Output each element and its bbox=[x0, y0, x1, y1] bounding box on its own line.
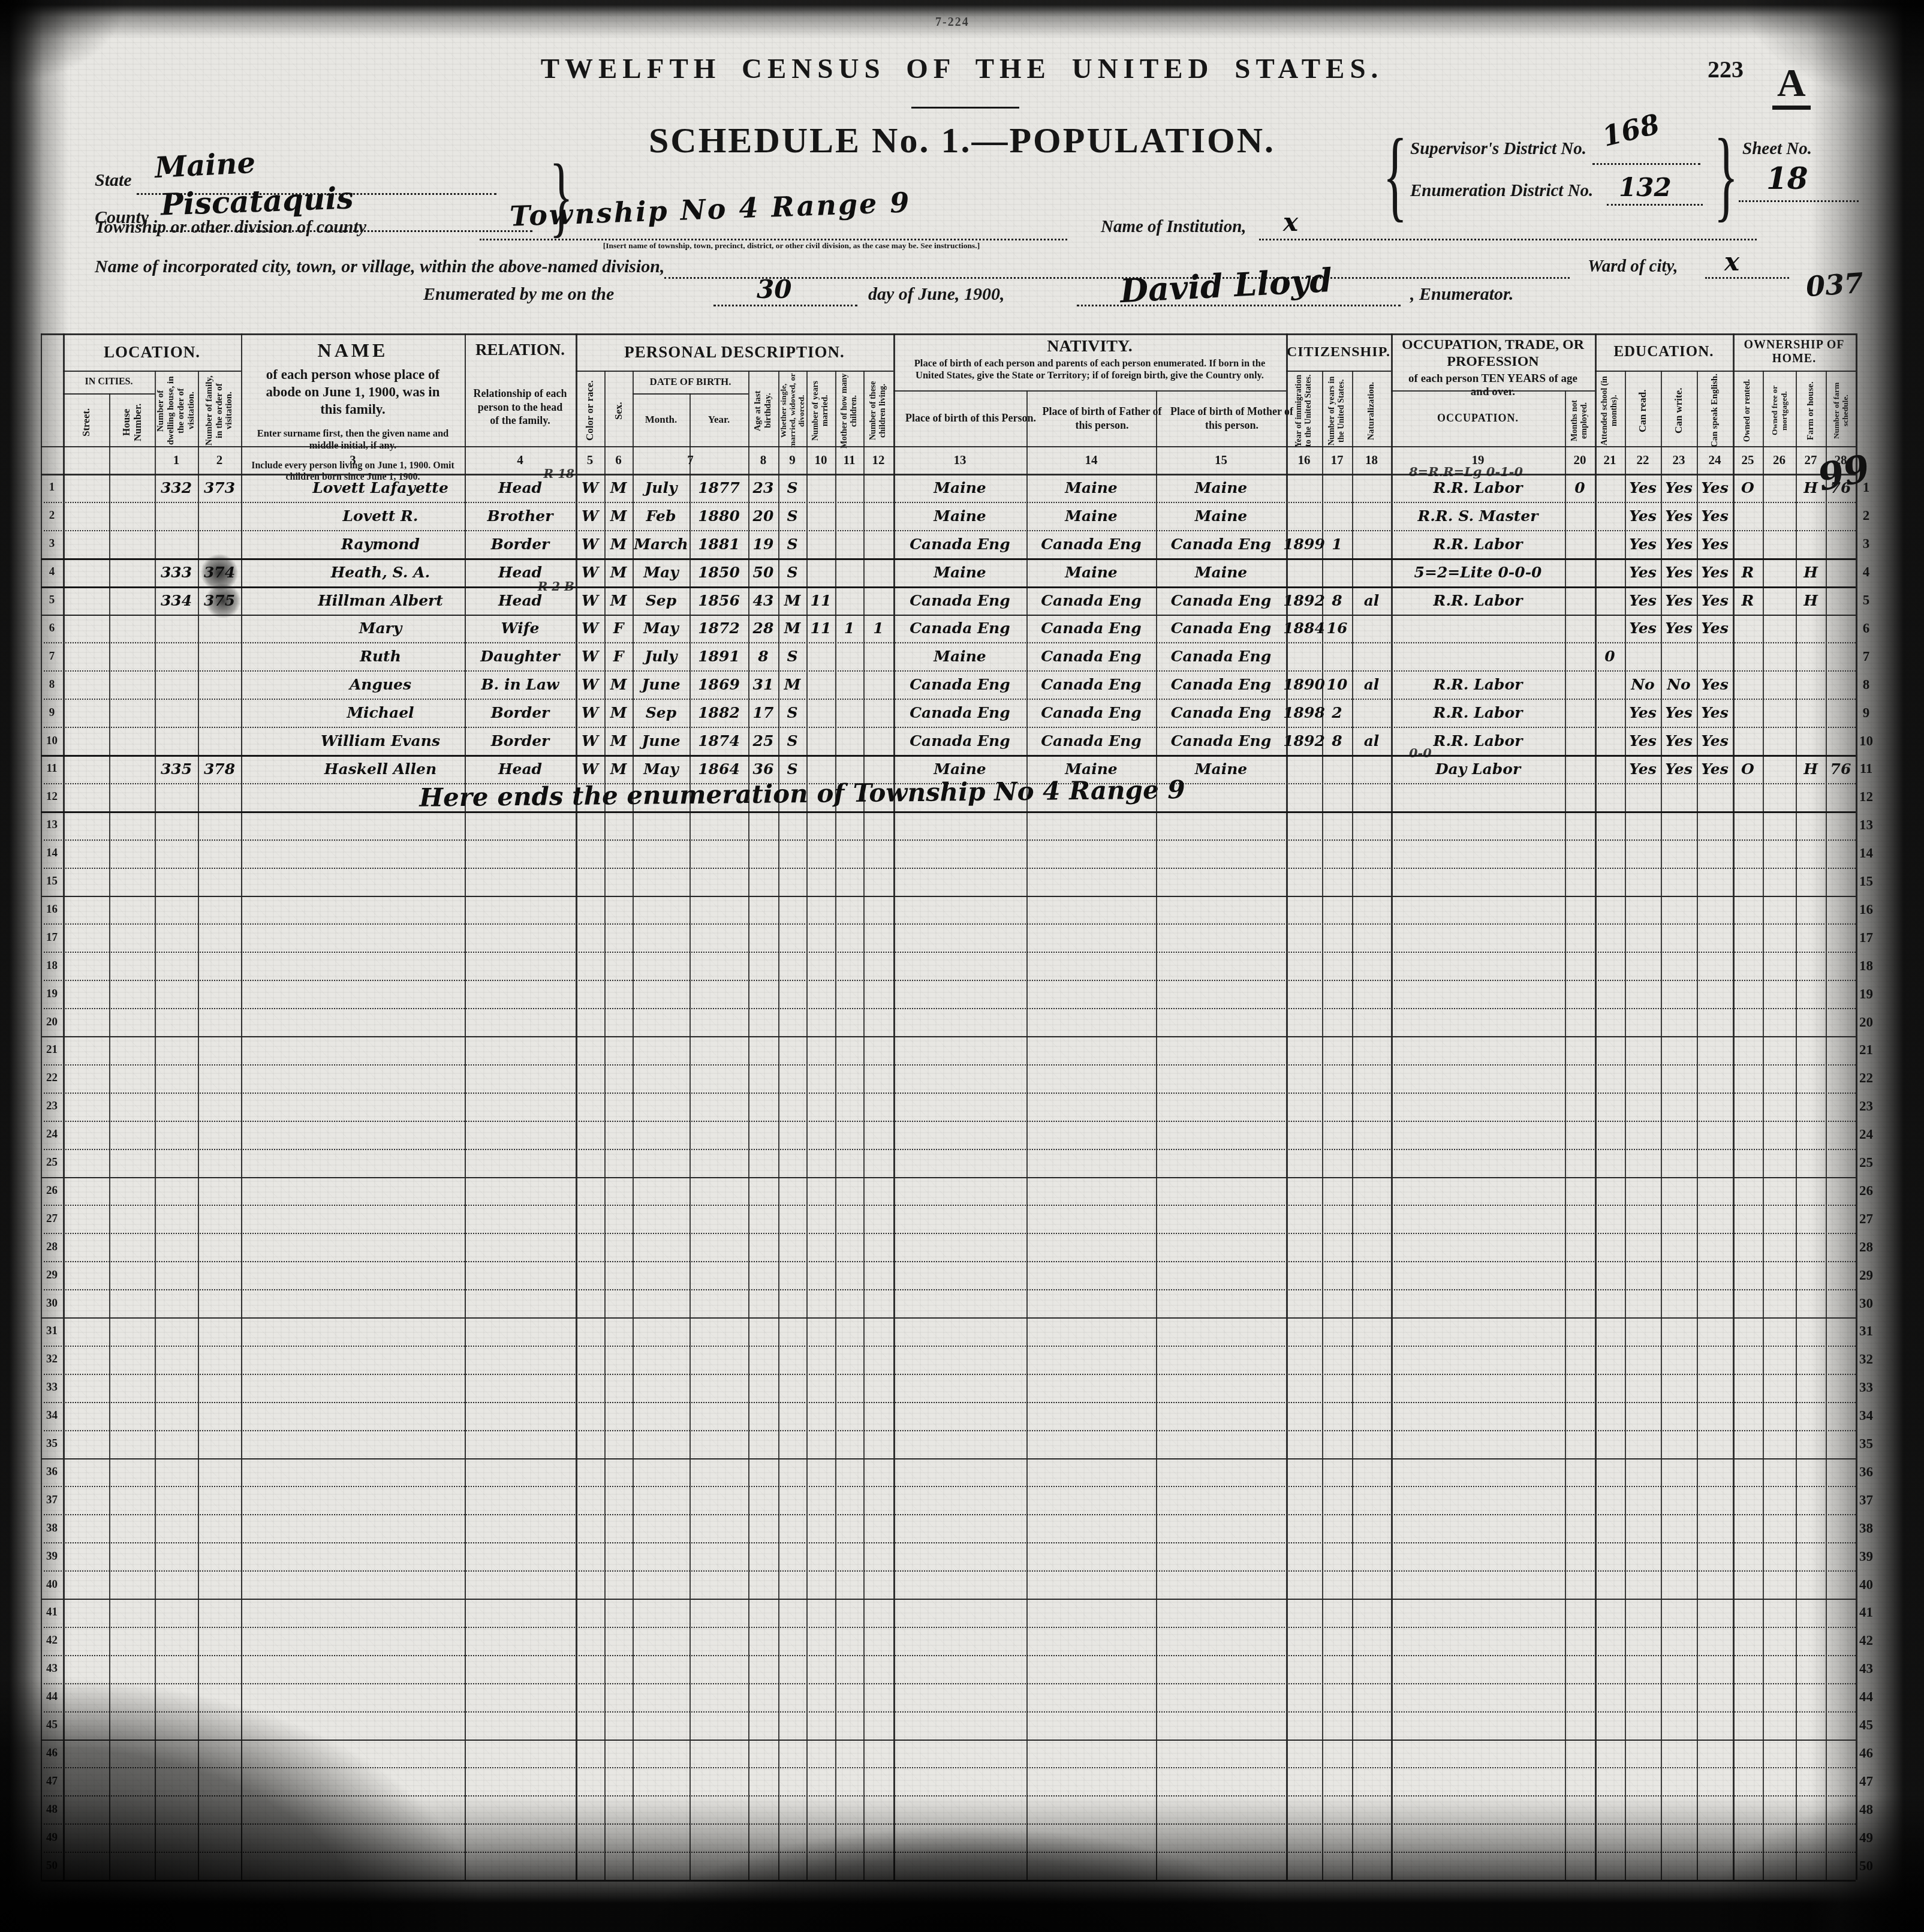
table-row-line bbox=[41, 1627, 1856, 1628]
col-number-24: 24 bbox=[1697, 446, 1733, 474]
row-2-name: Lovett R. bbox=[241, 502, 492, 530]
col-number-3: 3 bbox=[241, 446, 465, 474]
row-1-name: Lovett Lafayette bbox=[241, 474, 492, 502]
table-row-line bbox=[41, 1542, 1856, 1543]
row-6-en: Yes bbox=[1697, 615, 1733, 643]
col-english: Can speak English. bbox=[1697, 371, 1733, 451]
col-number-7: 7 bbox=[633, 446, 748, 474]
row-1-fam: 373 bbox=[198, 474, 241, 502]
enumerated-label-2: day of June, 1900, bbox=[868, 284, 1005, 305]
row-5-en: Yes bbox=[1697, 586, 1733, 615]
row-4-wr: Yes bbox=[1661, 558, 1697, 586]
row-1-rd: Yes bbox=[1625, 474, 1661, 502]
table-vline bbox=[1286, 333, 1288, 1880]
row-11-rd: Yes bbox=[1625, 755, 1661, 783]
col-occupation: OCCUPATION. bbox=[1391, 390, 1565, 446]
row-number-right: 35 bbox=[1856, 1430, 1877, 1458]
row-number-right: 20 bbox=[1856, 1008, 1877, 1036]
row-number-right: 37 bbox=[1856, 1486, 1877, 1514]
row-number-left: 27 bbox=[41, 1205, 63, 1233]
enumerator-value: David Lloyd bbox=[1119, 261, 1333, 310]
col-months-not-employed: Months not employed. bbox=[1565, 390, 1595, 451]
row-10-color: W bbox=[576, 727, 604, 755]
table-row-line bbox=[41, 1852, 1856, 1853]
row-10-rd: Yes bbox=[1625, 727, 1661, 755]
row-number-right: 30 bbox=[1856, 1289, 1877, 1317]
row-11-fh: H bbox=[1796, 755, 1826, 783]
row-4-name: Heath, S. A. bbox=[241, 558, 492, 586]
table-row-line bbox=[41, 1711, 1856, 1713]
row-10-nat: al bbox=[1352, 727, 1391, 755]
row-8-en: Yes bbox=[1697, 670, 1733, 699]
row-6-color: W bbox=[576, 615, 604, 643]
row-number-right: 6 bbox=[1856, 615, 1877, 643]
table-row-line bbox=[41, 1430, 1856, 1431]
row-8-pbm: Canada Eng bbox=[1156, 670, 1286, 699]
row-9-pbf: Canada Eng bbox=[1026, 699, 1156, 727]
row-6-pbm: Canada Eng bbox=[1156, 615, 1286, 643]
row-number-left: 7 bbox=[41, 642, 63, 670]
row-8-nat: al bbox=[1352, 670, 1391, 699]
row-number-right: 38 bbox=[1856, 1514, 1877, 1542]
row-number-right: 4 bbox=[1856, 558, 1877, 586]
page-number: 223 bbox=[1708, 55, 1744, 83]
sheet-label: Sheet No. bbox=[1742, 139, 1812, 159]
row-number-left: 4 bbox=[41, 558, 63, 586]
row-4-occ: 5=2=Lite 0-0-0 bbox=[1391, 558, 1565, 586]
row-number-left: 28 bbox=[41, 1233, 63, 1261]
row-9-mar: S bbox=[778, 699, 806, 727]
row-2-rel: Brother bbox=[465, 502, 576, 530]
row-10-name: William Evans bbox=[241, 727, 492, 755]
table-row-line bbox=[41, 811, 1856, 813]
table-row-line bbox=[41, 1740, 1856, 1741]
township-hint: [Insert name of township, town, precinct… bbox=[504, 241, 1079, 251]
row-8-rd: No bbox=[1625, 670, 1661, 699]
table-row-line bbox=[41, 1177, 1856, 1178]
table-vline bbox=[1763, 371, 1764, 1880]
row-5-pb: Canada Eng bbox=[893, 586, 1026, 615]
group-name: NAME of each person whose place of abode… bbox=[241, 333, 465, 452]
row-number-left: 21 bbox=[41, 1036, 63, 1064]
enumeration-label: Enumeration District No. bbox=[1410, 181, 1593, 201]
row-number-left: 47 bbox=[41, 1767, 63, 1795]
ward-line bbox=[1705, 277, 1789, 279]
row-5-rel-note: R 2 B bbox=[538, 579, 574, 594]
row-1-sex: M bbox=[604, 474, 633, 502]
col-number-8: 8 bbox=[748, 446, 778, 474]
col-free-mortgaged: Owned free or mortgaged. bbox=[1763, 371, 1796, 451]
group-education: EDUCATION. bbox=[1595, 333, 1733, 371]
institution-value: x bbox=[1283, 207, 1298, 237]
col-family: Number of family, in the order of visita… bbox=[198, 371, 241, 451]
row-9-rd: Yes bbox=[1625, 699, 1661, 727]
col-sex: Sex. bbox=[604, 371, 633, 451]
row-11-occ: Day Labor0-0 bbox=[1391, 755, 1565, 783]
row-number-left: 38 bbox=[41, 1514, 63, 1542]
row-10-pb: Canada Eng bbox=[893, 727, 1026, 755]
table-row-line bbox=[41, 980, 1856, 981]
table-hline bbox=[63, 393, 155, 395]
col-mother-children: Mother of how many children. bbox=[835, 371, 863, 451]
row-2-rd: Yes bbox=[1625, 502, 1661, 530]
col-school: Attended school (in months). bbox=[1595, 371, 1625, 451]
row-3-en: Yes bbox=[1697, 530, 1733, 558]
row-2-yr: 1880 bbox=[689, 502, 748, 530]
row-4-own: R bbox=[1733, 558, 1763, 586]
margin-note-right: 037 bbox=[1805, 267, 1865, 303]
group-location: LOCATION. bbox=[63, 333, 241, 371]
col-number-18: 18 bbox=[1352, 446, 1391, 474]
col-years-married: Number of years married. bbox=[806, 371, 835, 451]
row-2-occ: R.R. S. Master bbox=[1391, 502, 1565, 530]
col-street: Street. bbox=[63, 393, 109, 451]
occupation-title: OCCUPATION, TRADE, OR PROFESSION bbox=[1399, 337, 1587, 370]
row-3-im: 1899 bbox=[1286, 530, 1322, 558]
table-row-line bbox=[41, 1514, 1856, 1515]
row-2-sex: M bbox=[604, 502, 633, 530]
row-5-own: R bbox=[1733, 586, 1763, 615]
row-7-sch: 0 bbox=[1595, 642, 1625, 670]
col-number-15: 15 bbox=[1156, 446, 1286, 474]
row-number-right: 42 bbox=[1856, 1627, 1877, 1655]
row-number-left: 35 bbox=[41, 1430, 63, 1458]
row-1-pbm: Maine bbox=[1156, 474, 1286, 502]
row-6-ym: 11 bbox=[806, 615, 835, 643]
col-immigration: Year of immigration to the United States… bbox=[1286, 371, 1322, 451]
row-1-yr: 1877 bbox=[689, 474, 748, 502]
row-10-yr: 1874 bbox=[689, 727, 748, 755]
row-4-dw: 333 bbox=[155, 558, 198, 586]
row-6-yus: 16 bbox=[1322, 615, 1352, 643]
row-11-name: Haskell Allen bbox=[241, 755, 492, 783]
row-number-right: 36 bbox=[1856, 1458, 1877, 1486]
row-5-yr: 1856 bbox=[689, 586, 748, 615]
enumeration-line bbox=[1607, 204, 1703, 206]
row-number-left: 46 bbox=[41, 1740, 63, 1768]
row-4-yr: 1850 bbox=[689, 558, 748, 586]
township-label: Township or other division of county bbox=[95, 217, 366, 237]
title-flourish bbox=[911, 107, 1019, 109]
row-7-mo: July bbox=[633, 642, 689, 670]
table-row-line bbox=[41, 1205, 1856, 1206]
row-number-right: 26 bbox=[1856, 1177, 1877, 1205]
table-row-line bbox=[41, 1008, 1856, 1009]
table-row-line bbox=[41, 1149, 1856, 1150]
row-9-occ: R.R. Labor bbox=[1391, 699, 1565, 727]
table-vline bbox=[109, 393, 110, 1880]
row-10-pbf: Canada Eng bbox=[1026, 727, 1156, 755]
row-number-right: 47 bbox=[1856, 1767, 1877, 1795]
table-row-line bbox=[41, 952, 1856, 953]
col-year: Year. bbox=[689, 393, 748, 446]
row-number-left: 30 bbox=[41, 1289, 63, 1317]
row-number-left: 1 bbox=[41, 474, 63, 502]
row-1-rel-note: R 18 bbox=[544, 467, 574, 481]
row-number-left: 42 bbox=[41, 1627, 63, 1655]
row-1-age: 23 bbox=[748, 474, 778, 502]
col-house-number: House Number. bbox=[109, 393, 155, 451]
row-11-yr: 1864 bbox=[689, 755, 748, 783]
row-5-ym: 11 bbox=[806, 586, 835, 615]
row-3-mar: S bbox=[778, 530, 806, 558]
row-number-right: 10 bbox=[1856, 727, 1877, 755]
table-row-line bbox=[41, 923, 1856, 925]
institution-line bbox=[1259, 239, 1757, 240]
row-5-age: 43 bbox=[748, 586, 778, 615]
table-row-line bbox=[41, 1767, 1856, 1768]
row-10-mo: June bbox=[633, 727, 689, 755]
row-number-right: 13 bbox=[1856, 811, 1877, 839]
row-4-pbf: Maine bbox=[1026, 558, 1156, 586]
row-11-sex: M bbox=[604, 755, 633, 783]
col-number-11: 11 bbox=[835, 446, 863, 474]
enumerator-label: , Enumerator. bbox=[1410, 284, 1514, 305]
row-number-left: 3 bbox=[41, 530, 63, 558]
row-number-left: 25 bbox=[41, 1149, 63, 1177]
row-4-color: W bbox=[576, 558, 604, 586]
table-row-line bbox=[41, 1599, 1856, 1600]
row-8-mar: M bbox=[778, 670, 806, 699]
row-10-im: 1892 bbox=[1286, 727, 1322, 755]
table-row-line bbox=[41, 1795, 1856, 1796]
row-3-pbf: Canada Eng bbox=[1026, 530, 1156, 558]
row-10-rel: Border bbox=[465, 727, 576, 755]
row-1-mar: S bbox=[778, 474, 806, 502]
row-number-left: 12 bbox=[41, 783, 63, 811]
row-11-own: O bbox=[1733, 755, 1763, 783]
row-7-mar: S bbox=[778, 642, 806, 670]
table-row-line bbox=[41, 1233, 1856, 1234]
row-number-right: 34 bbox=[1856, 1402, 1877, 1430]
row-6-pb: Canada Eng bbox=[893, 615, 1026, 643]
row-10-pbm: Canada Eng bbox=[1156, 727, 1286, 755]
row-number-left: 33 bbox=[41, 1374, 63, 1402]
row-4-mar: S bbox=[778, 558, 806, 586]
row-5-rd: Yes bbox=[1625, 586, 1661, 615]
row-number-right: 21 bbox=[1856, 1036, 1877, 1064]
table-vline bbox=[63, 333, 65, 1880]
row-7-pb: Maine bbox=[893, 642, 1026, 670]
table-hline bbox=[576, 371, 893, 372]
row-1-mo: July bbox=[633, 474, 689, 502]
col-number-25: 25 bbox=[1733, 446, 1763, 474]
row-7-pbm: Canada Eng bbox=[1156, 642, 1286, 670]
row-3-color: W bbox=[576, 530, 604, 558]
row-2-color: W bbox=[576, 502, 604, 530]
row-6-cl: 1 bbox=[863, 615, 893, 643]
group-relation: RELATION. Relationship of each person to… bbox=[465, 333, 576, 453]
col-pob-mother: Place of birth of Mother of this person. bbox=[1156, 390, 1308, 446]
col-number-9: 9 bbox=[778, 446, 806, 474]
col-naturalization: Naturalization. bbox=[1352, 371, 1391, 451]
row-number-right: 23 bbox=[1856, 1093, 1877, 1121]
row-number-right: 3 bbox=[1856, 530, 1877, 558]
state-value: Maine bbox=[154, 146, 257, 185]
row-5-dw: 334 bbox=[155, 586, 198, 615]
nativity-desc: Place of birth of each person and parent… bbox=[901, 357, 1278, 381]
row-1-own: O bbox=[1733, 474, 1763, 502]
row-number-right: 18 bbox=[1856, 952, 1877, 980]
table-row-line bbox=[41, 1289, 1856, 1290]
row-number-right: 29 bbox=[1856, 1261, 1877, 1289]
col-color: Color or race. bbox=[576, 371, 604, 451]
row-11-color: W bbox=[576, 755, 604, 783]
row-number-left: 41 bbox=[41, 1599, 63, 1627]
row-1-mne: 0 bbox=[1565, 474, 1595, 502]
row-number-right: 19 bbox=[1856, 980, 1877, 1008]
row-3-sex: M bbox=[604, 530, 633, 558]
row-number-right: 49 bbox=[1856, 1823, 1877, 1852]
row-3-occ: R.R. Labor bbox=[1391, 530, 1565, 558]
row-11-fs: 76 bbox=[1826, 755, 1856, 783]
row-11-dw: 335 bbox=[155, 755, 198, 783]
row-number-right: 43 bbox=[1856, 1655, 1877, 1683]
row-5-mar: M bbox=[778, 586, 806, 615]
col-number-6: 6 bbox=[604, 446, 633, 474]
row-11-mo: May bbox=[633, 755, 689, 783]
row-3-yr: 1881 bbox=[689, 530, 748, 558]
row-9-pb: Canada Eng bbox=[893, 699, 1026, 727]
col-years-us: Number of years in the United States. bbox=[1322, 371, 1352, 451]
row-11-wr: Yes bbox=[1661, 755, 1697, 783]
row-number-right: 48 bbox=[1856, 1795, 1877, 1823]
row-4-sex: M bbox=[604, 558, 633, 586]
row-6-yr: 1872 bbox=[689, 615, 748, 643]
row-number-left: 6 bbox=[41, 615, 63, 643]
row-6-name: Mary bbox=[241, 615, 492, 643]
census-table: LOCATION. NAME of each person whose plac… bbox=[41, 333, 1877, 1882]
row-number-left: 31 bbox=[41, 1317, 63, 1346]
row-7-rel: Daughter bbox=[465, 642, 576, 670]
col-pob-father: Place of birth of Father of this person. bbox=[1026, 390, 1178, 446]
row-6-mo: May bbox=[633, 615, 689, 643]
district-brace-open: { bbox=[1383, 124, 1407, 225]
row-3-yus: 1 bbox=[1322, 530, 1352, 558]
row-2-mo: Feb bbox=[633, 502, 689, 530]
row-11-fam: 378 bbox=[198, 755, 241, 783]
row-7-age: 8 bbox=[748, 642, 778, 670]
row-4-age: 50 bbox=[748, 558, 778, 586]
row-number-left: 49 bbox=[41, 1823, 63, 1852]
row-number-left: 45 bbox=[41, 1711, 63, 1740]
city-label: Name of incorporated city, town, or vill… bbox=[95, 257, 665, 277]
row-3-rel: Border bbox=[465, 530, 576, 558]
table-row-line bbox=[41, 1655, 1856, 1656]
row-2-mar: S bbox=[778, 502, 806, 530]
table-hline bbox=[63, 371, 241, 372]
col-number-5: 5 bbox=[576, 446, 604, 474]
row-5-yus: 8 bbox=[1322, 586, 1352, 615]
row-8-name: Angues bbox=[241, 670, 492, 699]
table-row-line bbox=[41, 1093, 1856, 1094]
census-title: TWELFTH CENSUS OF THE UNITED STATES. bbox=[0, 53, 1924, 85]
row-6-im: 1884 bbox=[1286, 615, 1322, 643]
row-number-left: 32 bbox=[41, 1346, 63, 1374]
row-8-age: 31 bbox=[748, 670, 778, 699]
row-number-left: 11 bbox=[41, 755, 63, 783]
row-8-occ: R.R. Labor bbox=[1391, 670, 1565, 699]
group-occupation: OCCUPATION, TRADE, OR PROFESSION of each… bbox=[1391, 333, 1595, 394]
row-2-pbm: Maine bbox=[1156, 502, 1286, 530]
row-number-left: 16 bbox=[41, 896, 63, 924]
row-number-right: 39 bbox=[1856, 1542, 1877, 1570]
row-number-right: 33 bbox=[1856, 1374, 1877, 1402]
row-4-fam: 374 bbox=[198, 558, 241, 586]
row-number-left: 36 bbox=[41, 1458, 63, 1486]
row-number-left: 43 bbox=[41, 1655, 63, 1683]
supervisor-label: Supervisor's District No. bbox=[1410, 139, 1586, 159]
row-3-name: Raymond bbox=[241, 530, 492, 558]
name-desc: of each person whose place of abode on J… bbox=[254, 366, 451, 418]
row-6-rel: Wife bbox=[465, 615, 576, 643]
row-number-right: 44 bbox=[1856, 1683, 1877, 1711]
row-6-age: 28 bbox=[748, 615, 778, 643]
row-9-rel: Border bbox=[465, 699, 576, 727]
table-vline bbox=[1826, 371, 1827, 1880]
row-8-sex: M bbox=[604, 670, 633, 699]
row-2-pb: Maine bbox=[893, 502, 1026, 530]
row-9-name: Michael bbox=[241, 699, 492, 727]
row-number-right: 22 bbox=[1856, 1064, 1877, 1093]
col-number-23: 23 bbox=[1661, 446, 1697, 474]
row-8-rel: B. in Law bbox=[465, 670, 576, 699]
table-hline bbox=[1286, 371, 1391, 372]
group-nativity: NATIVITY. Place of birth of each person … bbox=[893, 333, 1286, 394]
row-number-right: 27 bbox=[1856, 1205, 1877, 1233]
row-3-mo: March bbox=[633, 530, 689, 558]
form-number: 7-224 bbox=[935, 16, 969, 29]
row-1-occ-note: 8=R.R=Lg 0-1-0 bbox=[1409, 464, 1523, 479]
row-number-left: 48 bbox=[41, 1795, 63, 1823]
row-10-yus: 8 bbox=[1322, 727, 1352, 755]
table-row-line bbox=[41, 1458, 1856, 1459]
table-row-line bbox=[41, 1346, 1856, 1347]
row-10-sex: M bbox=[604, 727, 633, 755]
table-row-line bbox=[41, 868, 1856, 869]
row-1-dw: 332 bbox=[155, 474, 198, 502]
relation-title: RELATION. bbox=[475, 341, 565, 359]
row-number-right: 7 bbox=[1856, 642, 1877, 670]
row-7-sex: F bbox=[604, 642, 633, 670]
row-11-rel: Head bbox=[465, 755, 576, 783]
col-marital: Whether single, married, widowed, or div… bbox=[778, 371, 806, 451]
sheet-line bbox=[1739, 200, 1859, 202]
table-vline bbox=[835, 371, 836, 1880]
row-5-pbf: Canada Eng bbox=[1026, 586, 1156, 615]
table-row-line bbox=[41, 896, 1856, 897]
col-number-26: 26 bbox=[1763, 446, 1796, 474]
row-number-left: 50 bbox=[41, 1852, 63, 1880]
row-number-left: 5 bbox=[41, 586, 63, 615]
row-number-right: 28 bbox=[1856, 1233, 1877, 1261]
table-row-line bbox=[41, 1402, 1856, 1403]
row-5-fam: 375 bbox=[198, 586, 241, 615]
col-dwelling: Number of dwelling house, in the order o… bbox=[155, 371, 198, 451]
row-10-en: Yes bbox=[1697, 727, 1733, 755]
row-8-mo: June bbox=[633, 670, 689, 699]
table-row-line bbox=[41, 1486, 1856, 1487]
col-pob: Place of birth of this Person. bbox=[893, 390, 1048, 446]
row-number-left: 18 bbox=[41, 952, 63, 980]
township-line bbox=[480, 239, 1067, 240]
col-number-1: 1 bbox=[155, 446, 198, 474]
row-number-left: 13 bbox=[41, 811, 63, 839]
table-row-line bbox=[41, 1261, 1856, 1262]
row-1-occ: R.R. Labor8=R.R=Lg 0-1-0 bbox=[1391, 474, 1565, 502]
row-8-wr: No bbox=[1661, 670, 1697, 699]
row-2-wr: Yes bbox=[1661, 502, 1697, 530]
